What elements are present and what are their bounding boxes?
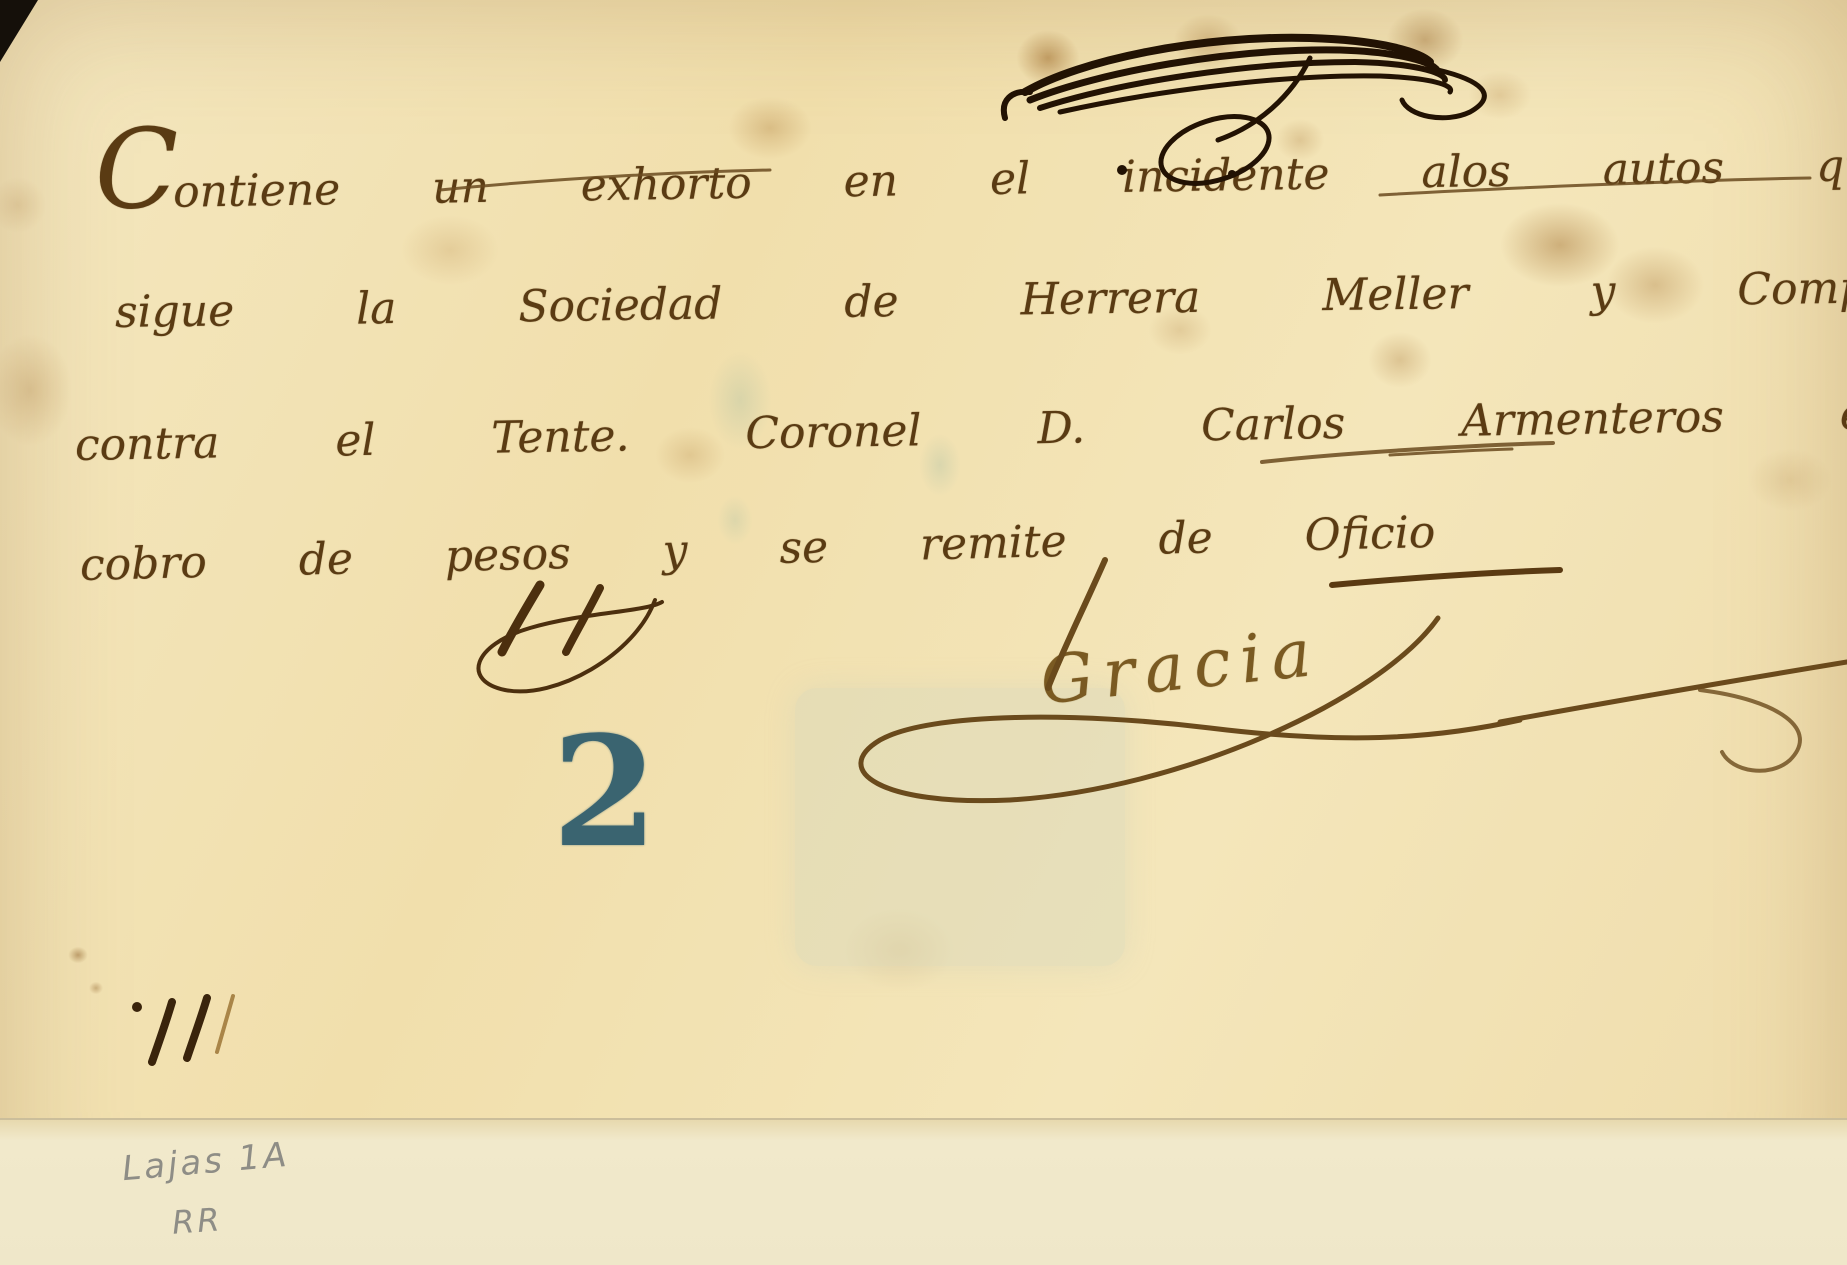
manuscript-scan: Contiene un exhorto en el incidente alos… — [0, 0, 1847, 1265]
number-2-stamp: 2 — [552, 716, 658, 868]
pencil-annotation-rr: RR — [171, 1200, 224, 1241]
residue-patch — [795, 688, 1125, 966]
